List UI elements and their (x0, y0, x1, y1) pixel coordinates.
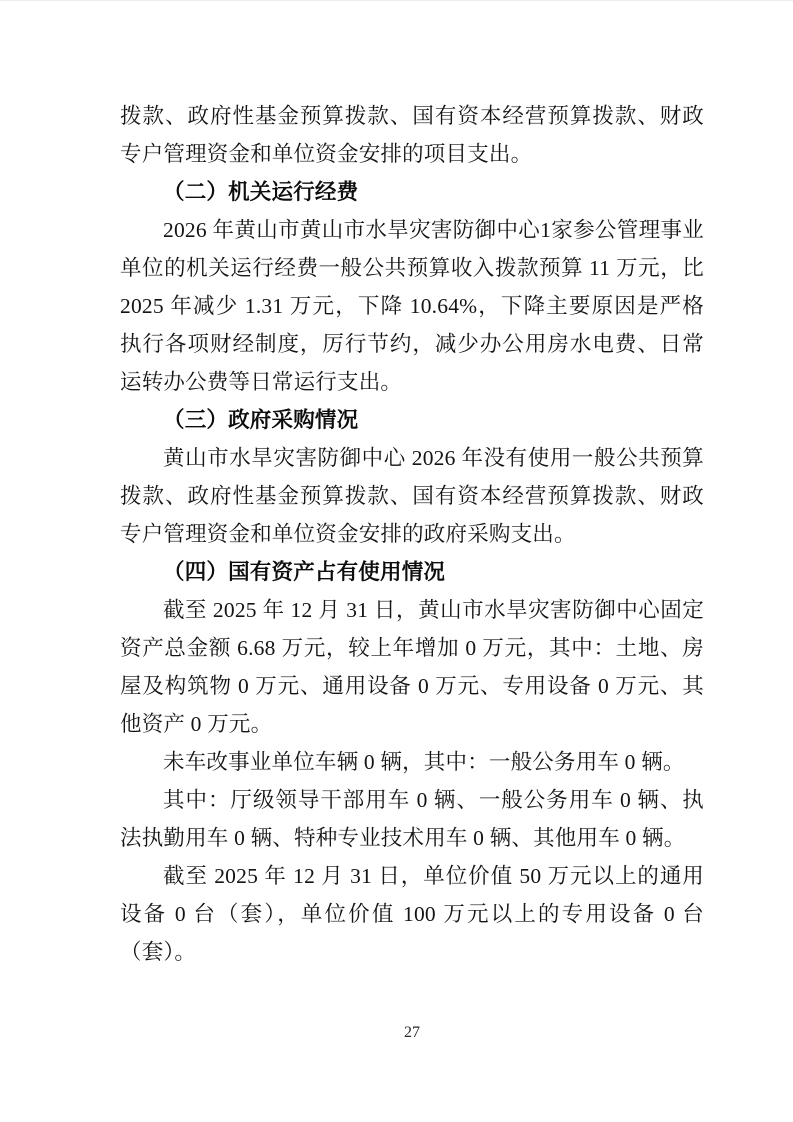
section-heading-4: （四）国有资产占有使用情况 (120, 553, 704, 591)
paragraph-state-assets: 截至 2025 年 12 月 31 日，黄山市水旱灾害防御中心固定资产总金额 6… (120, 591, 704, 743)
paragraph-procurement: 黄山市水旱灾害防御中心 2026 年没有使用一般公共预算拨款、政府性基金预算拨款… (120, 439, 704, 553)
document-page: 拨款、政府性基金预算拨款、国有资本经营预算拨款、财政专户管理资金和单位资金安排的… (0, 0, 793, 1122)
section-heading-3: （三）政府采购情况 (120, 401, 704, 439)
paragraph-vehicles-detail: 其中：厅级领导干部用车 0 辆、一般公务用车 0 辆、执法执勤用车 0 辆、特种… (120, 781, 704, 857)
paragraph-equipment: 截至 2025 年 12 月 31 日，单位价值 50 万元以上的通用设备 0 … (120, 857, 704, 971)
paragraph-vehicles-summary: 未车改事业单位车辆 0 辆，其中：一般公务用车 0 辆。 (120, 743, 704, 781)
paragraph-carryover: 拨款、政府性基金预算拨款、国有资本经营预算拨款、财政专户管理资金和单位资金安排的… (120, 97, 704, 173)
document-body: 拨款、政府性基金预算拨款、国有资本经营预算拨款、财政专户管理资金和单位资金安排的… (120, 97, 704, 971)
paragraph-operating-expenses: 2026 年黄山市黄山市水旱灾害防御中心1家参公管理事业单位的机关运行经费一般公… (120, 211, 704, 401)
page-number: 27 (404, 1024, 420, 1041)
section-heading-2: （二）机关运行经费 (120, 173, 704, 211)
page-footer: 27 (120, 1024, 704, 1042)
